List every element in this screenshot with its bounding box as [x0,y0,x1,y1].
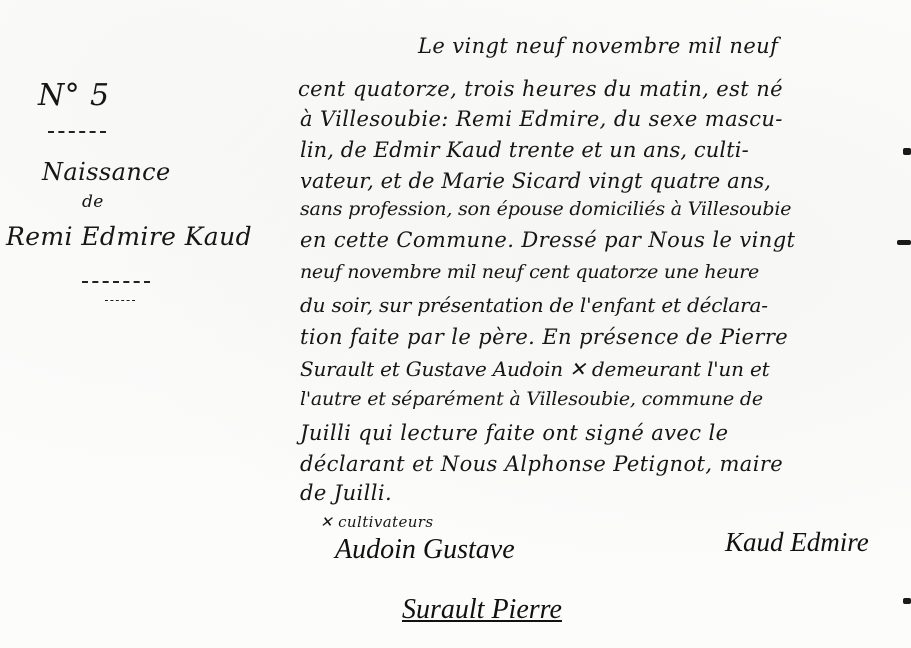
marginal-note: ✕ cultivateurs [320,513,433,531]
entry-number: N° 5 [38,78,109,113]
body-line: l'autre et séparément à Villesoubie, com… [300,388,763,410]
signature-declarant-kaud: Kaud Edmire [725,527,869,558]
margin-preposition: de [82,192,104,212]
body-line: Le vingt neuf novembre mil neuf [418,34,778,58]
body-line: à Villesoubie: Remi Edmire, du sexe masc… [300,107,783,131]
signature-witness-surault: Surault Pierre [402,594,562,626]
separator-dashes [48,131,106,133]
subject-name: Remi Edmire Kaud [6,222,252,251]
body-line: en cette Commune. Dressé par Nous le vin… [300,228,795,252]
act-type-label: Naissance [42,158,171,186]
body-line: tion faite par le père. En présence de P… [300,325,788,349]
body-line: lin, de Edmir Kaud trente et un ans, cul… [300,138,749,162]
body-line: vateur, et de Marie Sicard vingt quatre … [300,169,771,193]
body-line: sans profession, son épouse domiciliés à… [300,198,791,220]
body-line: Surault et Gustave Audoin ✕ demeurant l'… [300,357,769,381]
separator-dashes [82,281,150,283]
body-line: de Juilli. [300,481,392,505]
edge-mark [903,148,911,155]
body-line: cent quatorze, trois heures du matin, es… [298,77,783,101]
edge-mark [897,240,911,245]
separator-dashes [105,300,135,301]
signature-witness-audoin: Audoin Gustave [335,534,515,566]
body-line: Juilli qui lecture faite ont signé avec … [300,421,728,445]
register-page: N° 5 Naissance de Remi Edmire Kaud Le vi… [0,0,911,648]
body-line: du soir, sur présentation de l'enfant et… [300,293,768,317]
body-line: déclarant et Nous Alphonse Petignot, mai… [300,452,783,476]
edge-mark [903,598,911,604]
body-line: neuf novembre mil neuf cent quatorze une… [300,261,759,283]
